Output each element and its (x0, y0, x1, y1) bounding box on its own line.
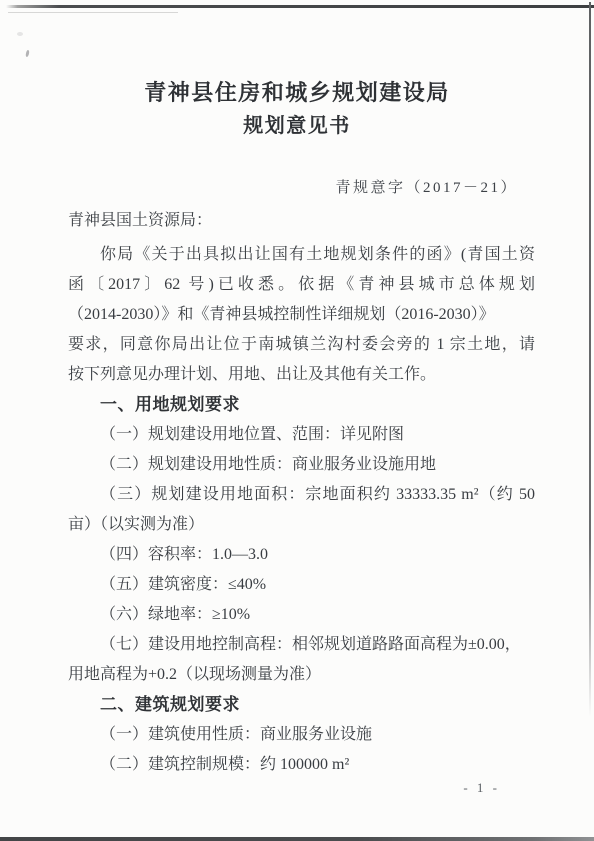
body-line: 亩）（以实测为准） (68, 510, 535, 540)
doc-title-line-1: 青神县住房和城乡规划建设局 (0, 76, 594, 107)
page-number: - 1 - (463, 780, 500, 796)
body-line: （一）规划建设用地位置、范围：详见附图 (68, 420, 535, 450)
doc-title-line-2: 规划意见书 (0, 109, 594, 138)
body-line: 按下列意见办理计划、用地、出让及其他有关工作。 (68, 360, 535, 390)
doc-reference-number: 青规意字（2017－21） (335, 176, 518, 197)
body-line: 用地高程为+0.2（以现场测量为准） (68, 660, 535, 690)
body-line: 函〔2017〕62 号)已收悉。依据《青神县城市总体规划 (68, 270, 535, 300)
body-line: （一）建筑使用性质：商业服务业设施 (68, 720, 535, 750)
body-line: （三）规划建设用地面积：宗地面积约 33333.35 m²（约 50 (68, 480, 535, 510)
body-line: （五）建筑密度：≤40% (68, 570, 535, 600)
body-line: （四）容积率：1.0—3.0 (68, 540, 535, 570)
body-line: （二）建筑控制规模：约 100000 m² (68, 750, 535, 780)
doc-body: 青神县国土资源局： 你局《关于出具拟出让国有土地规划条件的函》(青国土资 函〔2… (68, 206, 535, 780)
body-line: 你局《关于出具拟出让国有土地规划条件的函》(青国土资 (68, 240, 535, 270)
body-line: 要求，同意你局出让位于南城镇兰沟村委会旁的 1 宗土地，请 (68, 330, 535, 360)
scan-edge-bottom-bar (0, 837, 594, 841)
scan-edge-top-faint-line (8, 12, 178, 13)
recipient-line: 青神县国土资源局： (68, 206, 535, 240)
scan-speck (25, 50, 30, 58)
section-heading-building: 二、建筑规划要求 (68, 690, 535, 720)
scan-speck (17, 32, 23, 36)
body-line: （六）绿地率：≥10% (68, 600, 535, 630)
scan-edge-top-line (6, 5, 594, 8)
scanned-document-page: 青神县住房和城乡规划建设局 规划意见书 青规意字（2017－21） 青神县国土资… (0, 0, 594, 841)
body-line: （七）建设用地控制高程：相邻规划道路路面高程为±0.00， (68, 630, 535, 660)
body-line: （二）规划建设用地性质：商业服务业设施用地 (68, 450, 535, 480)
section-heading-land-use: 一、用地规划要求 (68, 390, 535, 420)
body-line: （2014-2030）》和《青神县城控制性详细规划（2016-2030）》 (68, 300, 535, 330)
